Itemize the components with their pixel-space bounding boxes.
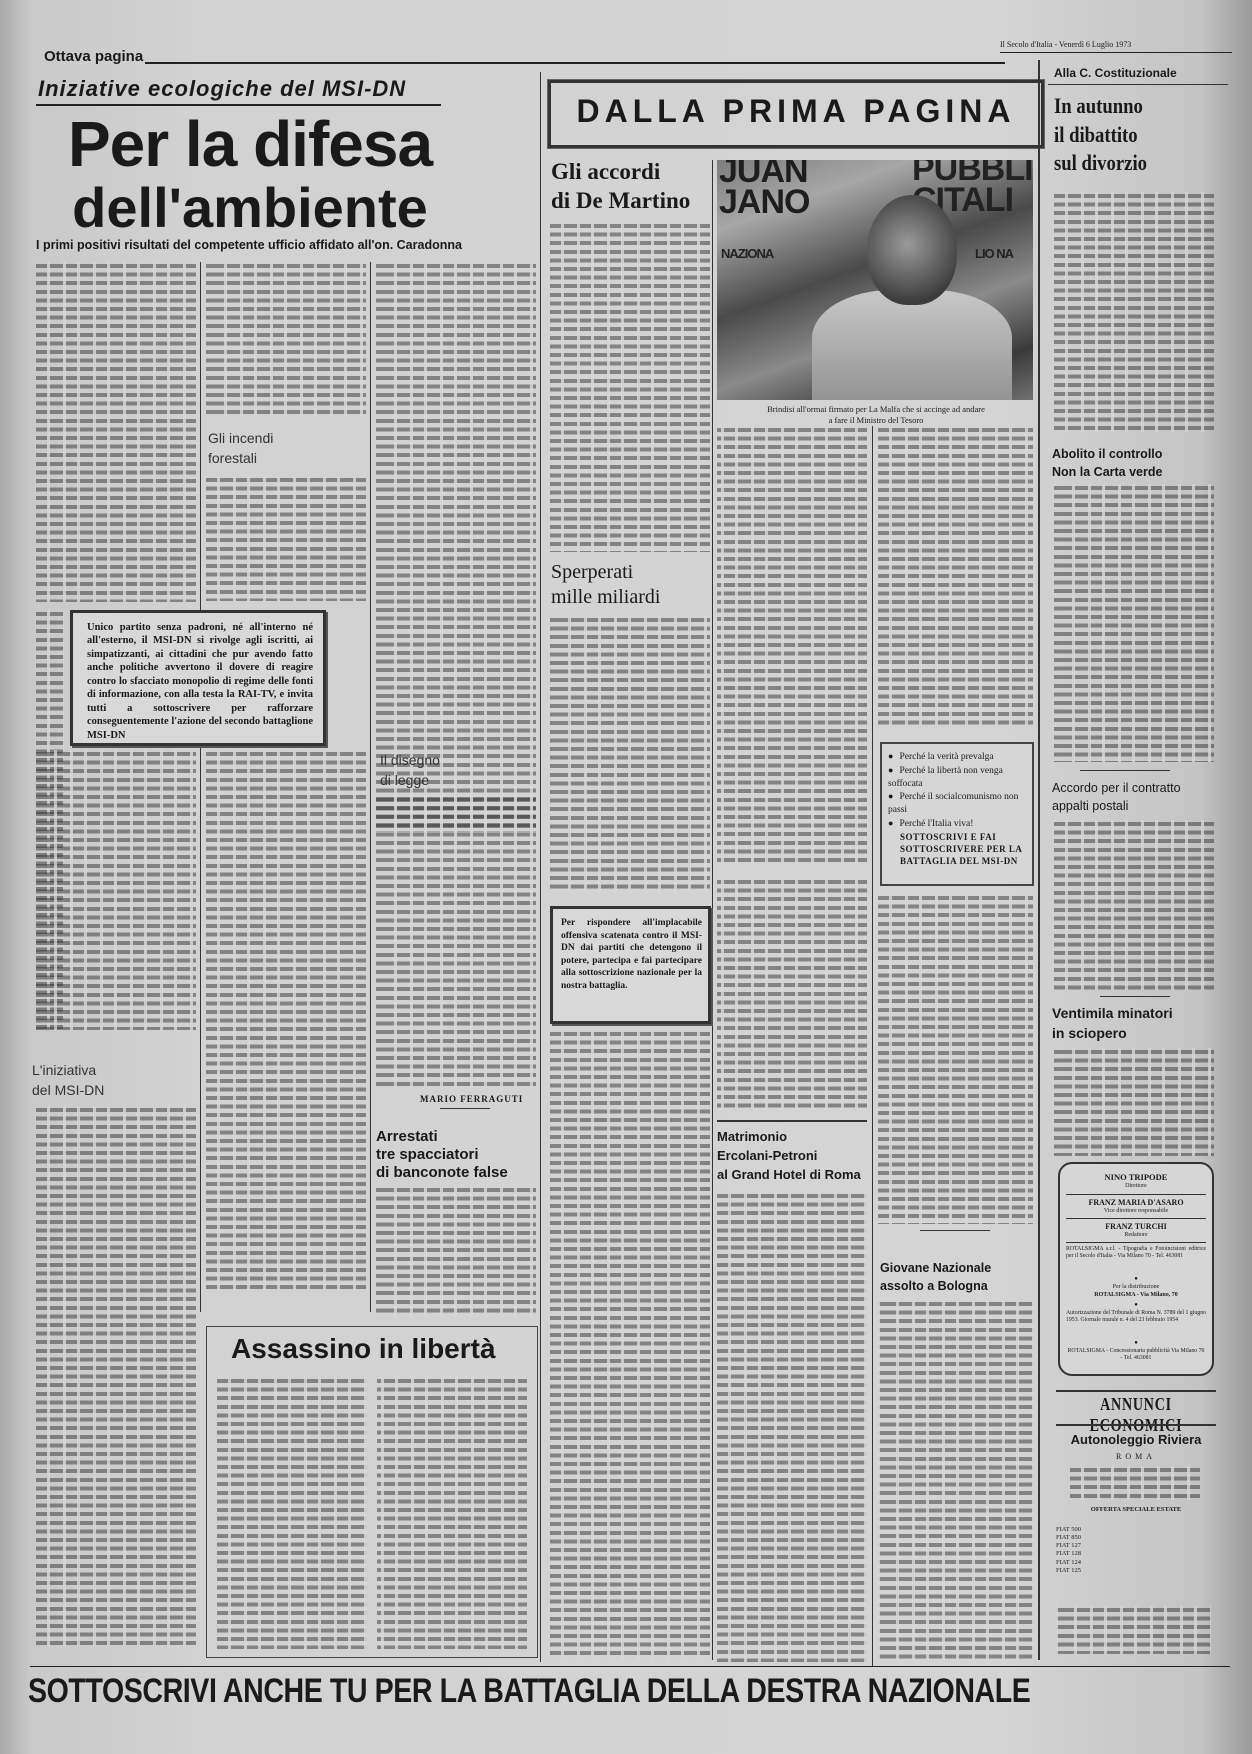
- photo-person-1-head: [867, 195, 957, 305]
- prima-pagina-banner-text: DALLA PRIMA PAGINA: [551, 93, 1041, 130]
- classified-text-b: [1056, 1606, 1211, 1654]
- dateline-rule: [1000, 52, 1232, 53]
- story-accordi-text: [550, 222, 710, 552]
- bullet-item: Perché il socialcomunismo non passi: [888, 790, 1028, 817]
- colophon-sep: ●: [1066, 1340, 1206, 1346]
- photo-person-1-body: [812, 290, 1012, 400]
- headline-line: Abolito il controllo: [1052, 446, 1162, 464]
- story-col-text: [717, 426, 867, 866]
- inset-appeal-text: Unico partito senza padroni, né all'inte…: [87, 621, 313, 742]
- lead-col1-text-c: [36, 750, 196, 1030]
- colophon-rule: [1066, 1218, 1206, 1219]
- story-assassino: Assassino in libertà: [206, 1326, 538, 1658]
- lead-subhead: I primi positivi risultati del competent…: [36, 238, 462, 252]
- classified-title: Autonoleggio Riviera: [1056, 1432, 1216, 1447]
- colophon-sep: ●: [1066, 1302, 1206, 1308]
- story-col-text-c: [550, 1030, 710, 1660]
- masthead-rule: [145, 62, 1005, 64]
- kicker-rule: [36, 104, 441, 106]
- subhead-iniziativa-1: L'iniziativa: [32, 1062, 96, 1078]
- headline-line: tre spacciatori: [376, 1146, 508, 1164]
- minatori-headline: Ventimila minatori in sciopero: [1052, 1004, 1173, 1043]
- classified-city: ROMA: [1056, 1452, 1216, 1461]
- caption-line: a fare il Ministro del Tesoro: [720, 415, 1032, 426]
- story-arrestati-text: [376, 1186, 536, 1316]
- colophon-role: Direttore: [1066, 1183, 1206, 1189]
- carta-verde-headline: Abolito il controllo Non la Carta verde: [1052, 446, 1162, 481]
- price-row: FIAT 125: [1056, 1567, 1216, 1575]
- photo-sign-left-sub: NAZIONA: [721, 246, 773, 261]
- appeal-box-text: Per rispondere all'implacabile offensiva…: [561, 917, 702, 992]
- photo-sign-left: JUAN JANO: [719, 160, 809, 217]
- subhead-disegno-1: Il disegno: [380, 752, 440, 768]
- headline-line: Giovane Nazionale: [880, 1260, 991, 1278]
- appalti-headline: Accordo per il contratto appalti postali: [1052, 780, 1181, 815]
- colophon-sep: ●: [1066, 1276, 1206, 1282]
- story-rule: [717, 1120, 867, 1122]
- story-matrimonio-headline: Matrimonio Ercolani-Petroni al Grand Hot…: [717, 1128, 861, 1185]
- prima-pagina-banner: DALLA PRIMA PAGINA: [548, 80, 1044, 148]
- kicker-rule: [1048, 84, 1228, 85]
- inset-appeal-box: Unico partito senza padroni, né all'inte…: [70, 610, 326, 746]
- lead-headline-1: Per la difesa: [55, 112, 445, 176]
- section-label: Ottava pagina: [44, 48, 143, 65]
- lead-col1-text-d: [36, 1106, 196, 1646]
- appeal-box: Per rispondere all'implacabile offensiva…: [550, 906, 711, 1024]
- subhead-incendi-2: forestali: [208, 450, 257, 466]
- column-divider: [370, 262, 371, 1312]
- headline-line: di De Martino: [551, 187, 690, 216]
- carta-verde-text: [1054, 484, 1214, 762]
- headline-line: sul divorzio: [1054, 149, 1147, 178]
- classified-price-list: FIAT 500 FIAT 850 FIAT 127 FIAT 128 FIAT…: [1056, 1526, 1216, 1575]
- headline-line: Ercolani-Petroni: [717, 1147, 861, 1166]
- headline-line: Matrimonio: [717, 1128, 861, 1147]
- divorzio-text: [1054, 192, 1214, 432]
- headline-line: Arrestati: [376, 1128, 508, 1146]
- lead-headline-2: dell'ambiente: [55, 180, 445, 236]
- minatori-text: [1054, 1048, 1214, 1156]
- story-col-text-d: [717, 878, 867, 1108]
- story-rule: [1100, 996, 1170, 997]
- column-divider: [200, 262, 201, 1312]
- colophon-printer: ROTALSIGMA s.r.l. - Tipografia e Fotoinc…: [1066, 1246, 1206, 1260]
- colophon-director: NINO TRIPODE: [1066, 1172, 1206, 1182]
- column-divider: [712, 160, 713, 1660]
- classified-text: [1070, 1466, 1200, 1500]
- headline-line: In autunno: [1054, 92, 1147, 121]
- price-row: FIAT 500: [1056, 1526, 1216, 1534]
- bullet-appeal-box: Perché la verità prevalga Perché la libe…: [880, 742, 1034, 886]
- news-photo: JUAN JANO NAZIONA PUBBLI CITALI LIO NA: [717, 160, 1033, 400]
- story-arrestati-headline: Arrestati tre spacciatori di banconote f…: [376, 1128, 508, 1182]
- lead-kicker: Iniziative ecologiche del MSI-DN: [38, 76, 406, 102]
- price-row: FIAT 850: [1056, 1534, 1216, 1542]
- photo-caption: Brindisi all'ormai firmato per La Malfa …: [720, 404, 1032, 426]
- price-row: FIAT 124: [1056, 1559, 1216, 1567]
- colophon-distribution: ROTALSIGMA - Via Milano, 70: [1066, 1292, 1206, 1298]
- section-divider: [1038, 60, 1040, 1660]
- byline: MARIO FERRAGUTI: [420, 1094, 523, 1104]
- colophon-registration: Autorizzazione del Tribunale di Roma N. …: [1066, 1310, 1206, 1324]
- headline-line: Ventimila minatori: [1052, 1004, 1173, 1024]
- lead-col3-text-b: [376, 796, 536, 1086]
- headline-line: mille miliardi: [551, 585, 660, 610]
- lead-col3-text: [376, 262, 536, 832]
- colophon-role: Redattore: [1066, 1232, 1206, 1238]
- colophon-advertising: ROTALSIGMA - Concessionaria pubblicità V…: [1066, 1348, 1206, 1362]
- right-kicker: Alla C. Costituzionale: [1054, 66, 1177, 80]
- colophon-vice: FRANZ MARIA D'ASARO: [1066, 1198, 1206, 1207]
- story-matrimonio-text: [717, 1192, 867, 1662]
- headline-line: di banconote false: [376, 1164, 508, 1182]
- subhead-iniziativa-2: del MSI-DN: [32, 1082, 104, 1098]
- footer-rule: [30, 1666, 1230, 1667]
- story-sperperati-headline: Sperperati mille miliardi: [551, 560, 660, 610]
- story-col-text-b: [878, 426, 1033, 726]
- headline-line: Accordo per il contratto: [1052, 780, 1181, 798]
- bullet-callout: SOTTOSCRIVI E FAI SOTTOSCRIVERE PER LA B…: [900, 831, 1028, 867]
- story-rule: [1080, 770, 1170, 771]
- subhead-disegno-2: di legge: [380, 772, 429, 788]
- bullet-item: Perché la verità prevalga: [888, 750, 1028, 764]
- colophon-box: NINO TRIPODE Direttore FRANZ MARIA D'ASA…: [1058, 1162, 1214, 1376]
- footer-banner: SOTTOSCRIVI ANCHE TU PER LA BATTAGLIA DE…: [28, 1672, 1036, 1711]
- lead-col2-text-b: [206, 476, 366, 601]
- caption-line: Brindisi all'ormai firmato per La Malfa …: [720, 404, 1032, 415]
- dateline: Il Secolo d'Italia - Venerdì 6 Luglio 19…: [1000, 40, 1131, 49]
- bullet-item: Perché l'Italia viva!: [888, 817, 1028, 831]
- price-row: FIAT 128: [1056, 1550, 1216, 1558]
- colophon-rule: [1066, 1242, 1206, 1243]
- lead-col2-text-c: [206, 750, 366, 1290]
- story-giovane-headline: Giovane Nazionale assolto a Bologna: [880, 1260, 991, 1295]
- bullet-list: Perché la verità prevalga Perché la libe…: [888, 750, 1028, 867]
- headline-line: il dibattito: [1054, 121, 1147, 150]
- section-divider: [540, 72, 541, 1662]
- story-assassino-headline: Assassino in libertà: [231, 1333, 496, 1365]
- divorzio-headline: In autunno il dibattito sul divorzio: [1054, 92, 1147, 178]
- story-assassino-col2: [377, 1377, 527, 1649]
- photo-sign-text: JANO: [719, 187, 809, 218]
- bullet-item: Perché la libertà non venga soffocata: [888, 764, 1028, 791]
- lead-col2-text: [206, 262, 366, 417]
- headline-line: Non la Carta verde: [1052, 464, 1162, 482]
- byline-rule: [440, 1108, 490, 1109]
- classified-header: ANNUNCI ECONOMICI: [1074, 1394, 1199, 1436]
- colophon-role: Vice direttore responsabile: [1066, 1208, 1206, 1214]
- headline-line: Gli accordi: [551, 158, 690, 187]
- column-divider: [872, 426, 873, 1666]
- story-assassino-col1: [217, 1377, 367, 1649]
- headline-line: assolto a Bologna: [880, 1278, 991, 1296]
- story-sperperati-text: [550, 616, 710, 892]
- classified-rule: [1056, 1424, 1216, 1426]
- colophon-rule: [1066, 1194, 1206, 1195]
- photo-sign-right-sub: LIO NA: [975, 246, 1013, 261]
- subhead-incendi-1: Gli incendi: [208, 430, 273, 446]
- headline-line: appalti postali: [1052, 798, 1181, 816]
- price-row: FIAT 127: [1056, 1542, 1216, 1550]
- newspaper-page: Ottava pagina Il Secolo d'Italia - Vener…: [0, 0, 1252, 1754]
- colophon-editor: FRANZ TURCHI: [1066, 1222, 1206, 1231]
- lead-col1-text: [36, 262, 196, 602]
- headline-line: al Grand Hotel di Roma: [717, 1166, 861, 1185]
- story-giovane-text: [878, 1300, 1033, 1660]
- headline-line: in sciopero: [1052, 1024, 1173, 1044]
- story-rule: [920, 1230, 990, 1231]
- story-col-text-e: [878, 894, 1033, 1224]
- story-accordi-headline: Gli accordi di De Martino: [551, 158, 690, 216]
- headline-line: Sperperati: [551, 560, 660, 585]
- classified-offer: OFFERTA SPECIALE ESTATE: [1056, 1506, 1216, 1513]
- colophon-dist-label: Per la distribuzione: [1066, 1284, 1206, 1290]
- classified-rule: [1056, 1390, 1216, 1392]
- appalti-text: [1054, 820, 1214, 990]
